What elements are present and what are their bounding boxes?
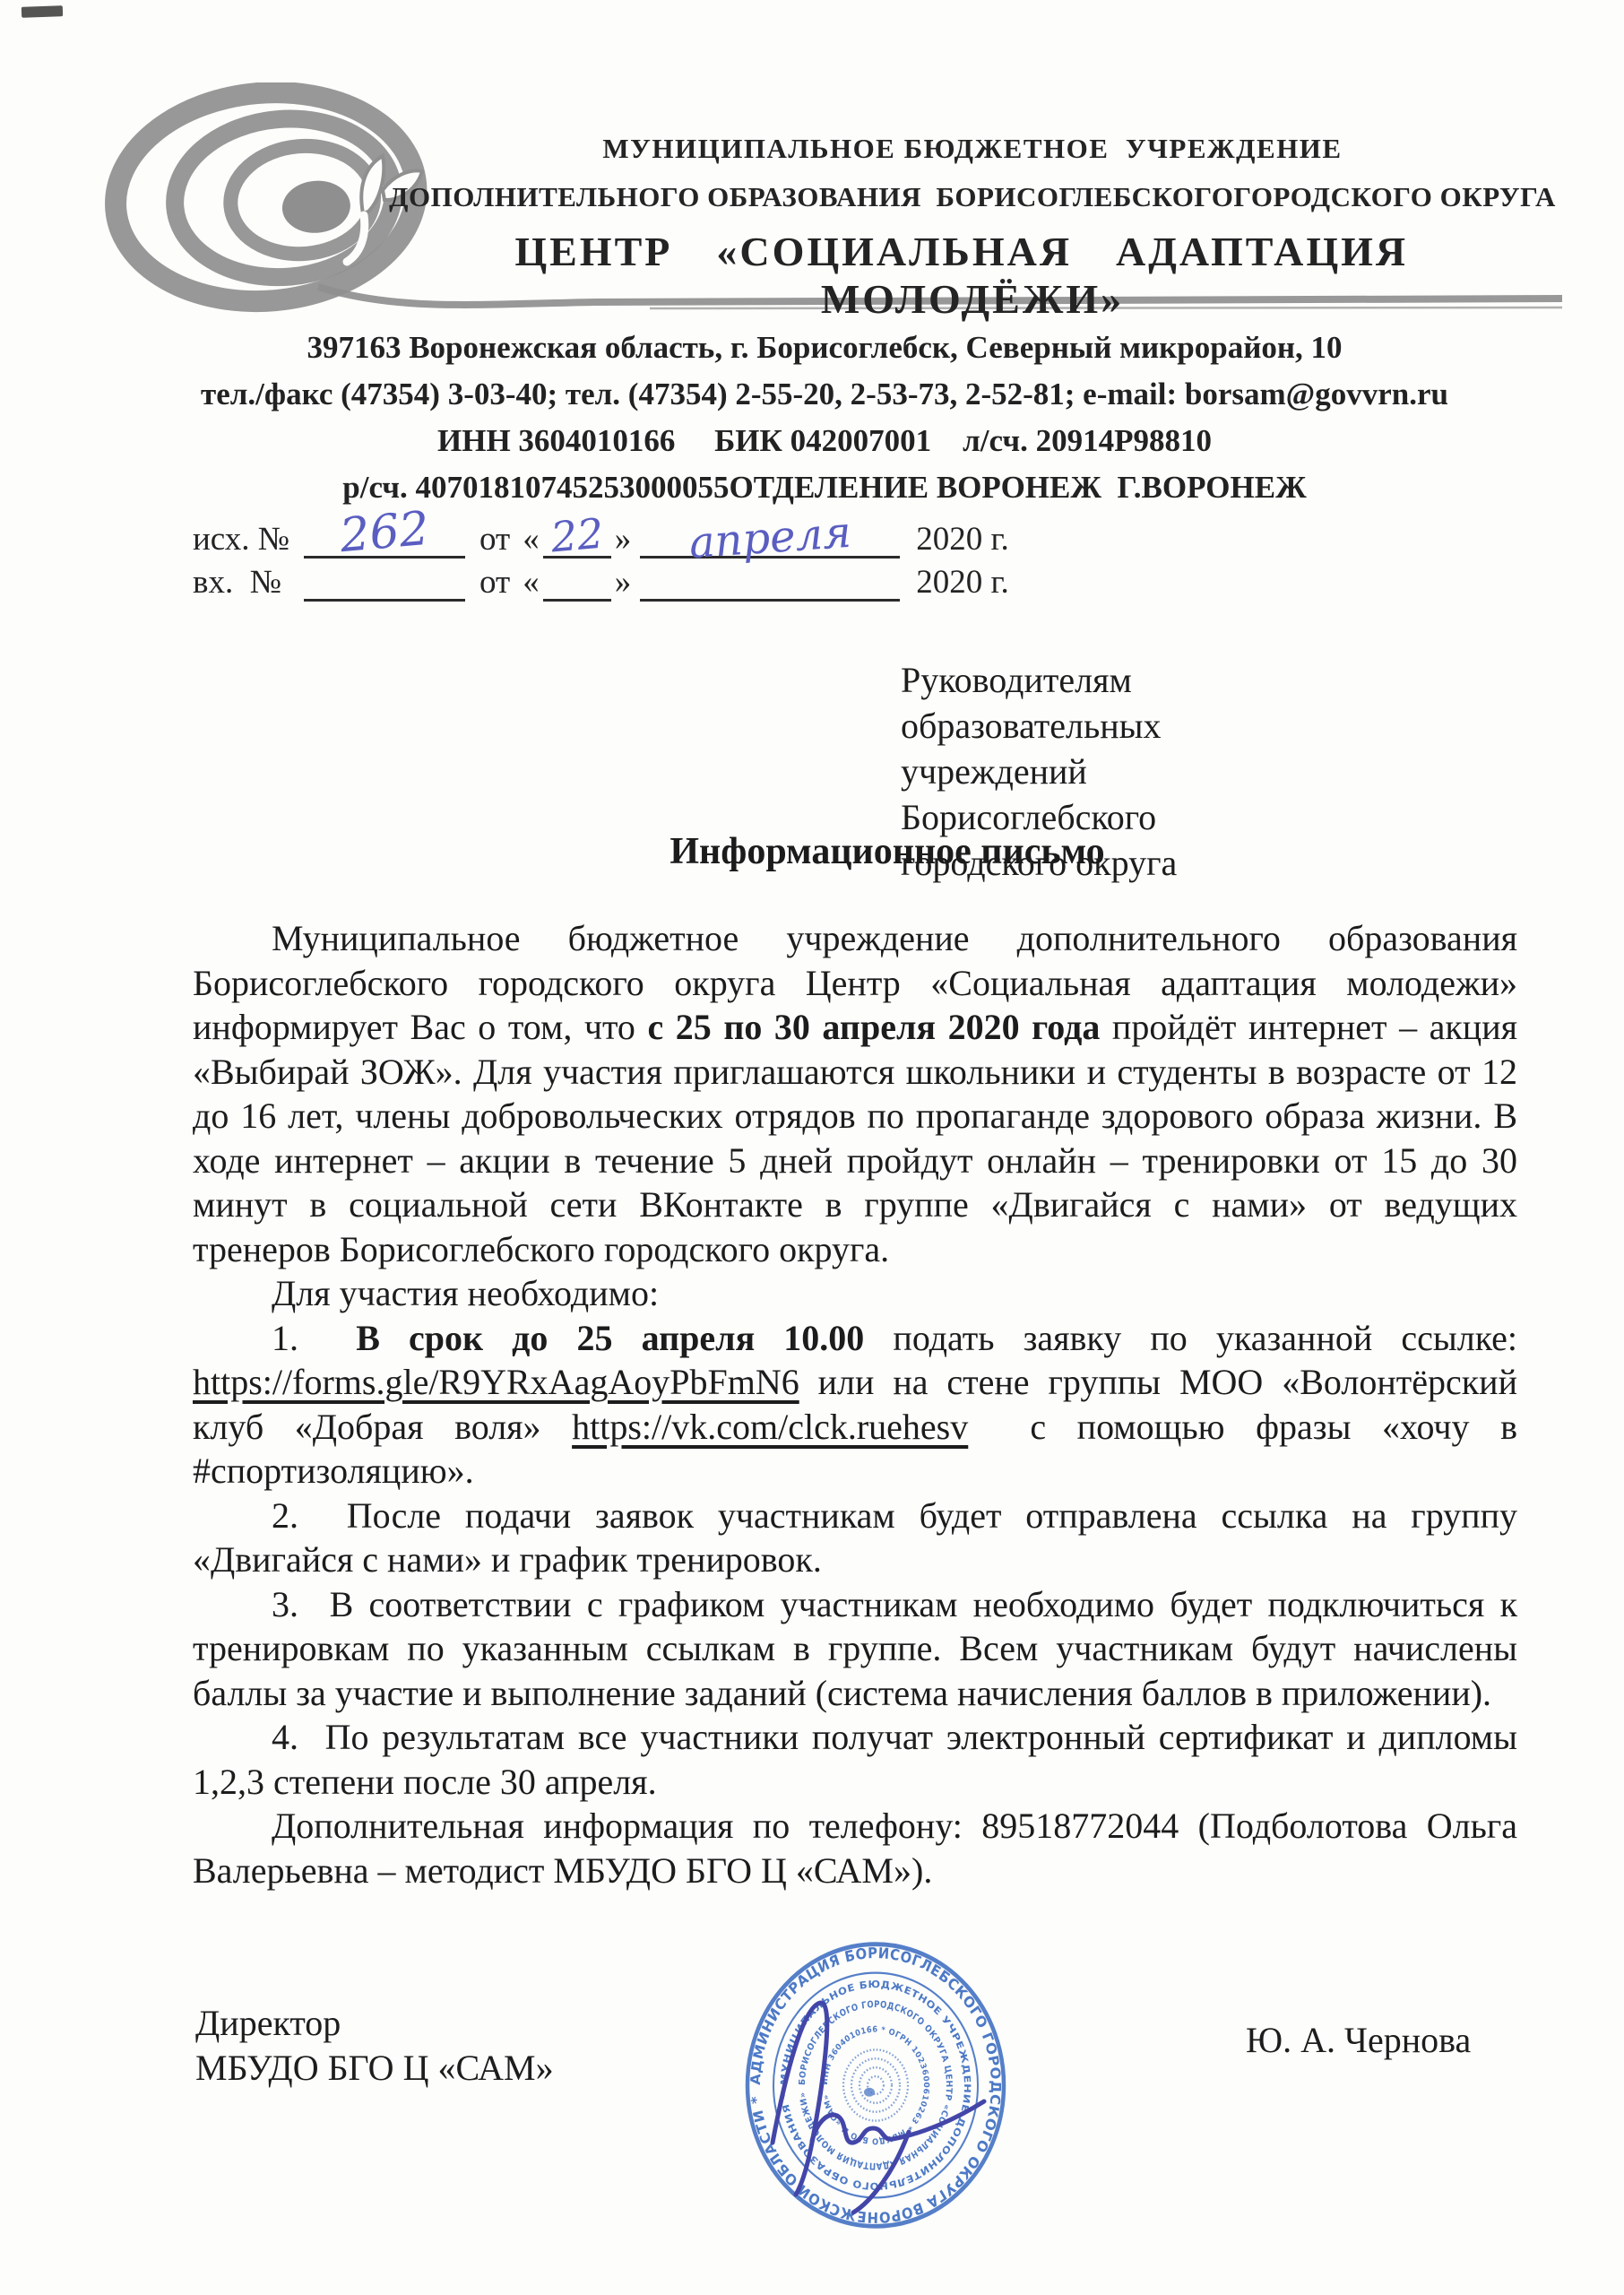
item1-text-1: подать заявку по указанной ссылке: [864,1318,1517,1358]
close-quote: » [615,520,632,559]
paragraph-participation-intro: Для участия необходимо: [193,1271,1517,1316]
incoming-number-field [304,566,465,602]
contacts-block: 397163 Воронежская область, г. Борисогле… [125,325,1524,511]
incoming-number-row: вх. № от « » 2020 г. [193,559,1009,602]
signer-role-line2: МБУДО БГО Ц «САМ» [195,2046,554,2091]
intro-dates-bold: с 25 по 30 апреля 2020 года [647,1007,1100,1047]
outgoing-day-field: 22 [543,523,611,559]
contacts-account: р/сч. 40701810745253000055ОТДЕЛЕНИЕ ВОРО… [125,464,1524,511]
incoming-month-empty [641,593,900,611]
from-label: от [479,520,510,559]
list-item-2: 2. После подачи заявок участникам будет … [193,1494,1517,1582]
scan-artifact-mark [22,5,63,18]
signer-role-block: Директор МБУДО БГО Ц «САМ» [195,2001,554,2091]
contacts-address: 397163 Воронежская область, г. Борисогле… [125,325,1524,371]
incoming-label: вх. № [193,563,300,602]
vk-link[interactable]: https://vk.com/clck.ruehesv [572,1407,968,1447]
incoming-day-empty [543,596,611,602]
incoming-day-field [543,566,611,602]
org-name-line2: ДОПОЛНИТЕЛЬНОГО ОБРАЗОВАНИЯ БОРИСОГЛЕБСК… [385,181,1559,213]
open-quote-2: « [523,563,540,602]
scanned-letter-page: { "colors": { "stamp_blue": "#3e6ec2", "… [0,0,1624,2295]
recipient-line2: учреждений Борисоглебского [901,749,1349,840]
registration-block: исх. № 262 от « 22 » апреля 2020 г. вх. … [193,516,1009,602]
signer-name: Ю. А. Чернова [1246,2019,1471,2061]
handwritten-day: 22 [541,512,613,559]
incoming-month-field [640,566,900,602]
from-label-2: от [479,563,510,602]
paragraph-intro: Муниципальное бюджетное учреждение допол… [193,916,1517,1271]
outgoing-number-row: исх. № 262 от « 22 » апреля 2020 г. [193,516,1009,559]
outgoing-label: исх. № [193,520,300,559]
letterhead-org-block: МУНИЦИПАЛЬНОЕ БЮДЖЕТНОЕ УЧРЕЖДЕНИЕ ДОПОЛ… [385,133,1559,323]
item1-deadline-bold: В срок до 25 апреля 10.00 [356,1318,864,1358]
list-item-4: 4. По результатам все участники получат … [193,1715,1517,1804]
forms-gle-link[interactable]: https://forms.gle/R9YRxAagAoyPbFmN6 [193,1362,799,1402]
incoming-number-empty [304,592,464,606]
recipient-line1: Руководителям образовательных [901,657,1349,749]
contacts-inn-bik: ИНН 3604010166 БИК 042007001 л/сч. 20914… [125,418,1524,464]
org-name-line3: ЦЕНТР «СОЦИАЛЬНАЯ АДАПТАЦИЯ МОЛОДЁЖИ» [385,228,1559,323]
org-name-line1: МУНИЦИПАЛЬНОЕ БЮДЖЕТНОЕ УЧРЕЖДЕНИЕ [385,133,1559,165]
list-item-1: 1. В срок до 25 апреля 10.00 подать заяв… [193,1316,1517,1494]
letter-body: Муниципальное бюджетное учреждение допол… [193,916,1517,1892]
outgoing-month-field: апреля [640,523,900,559]
paragraph-additional-info: Дополнительная информация по телефону: 8… [193,1804,1517,1892]
official-round-stamp: АДМИНИСТРАЦИЯ БОРИСОГЛЕБСКОГО ГОРОДСКОГО… [715,1915,1036,2295]
handwritten-outgoing-number: 262 [302,502,467,562]
outgoing-number-field: 262 [304,523,465,559]
signer-role-line1: Директор [195,2001,554,2046]
document-title: Информационное письмо [193,830,1519,873]
outgoing-year: 2020 г. [916,520,1009,559]
item1-number: 1. [272,1318,356,1358]
contacts-phones-email: тел./факс (47354) 3-03-40; тел. (47354) … [125,371,1524,418]
close-quote-2: » [615,563,632,602]
incoming-year: 2020 г. [916,563,1009,602]
list-item-3: 3. В соответствии с графиком участникам … [193,1582,1517,1716]
stamp-center-swirl [843,2049,908,2120]
open-quote: « [523,520,540,559]
